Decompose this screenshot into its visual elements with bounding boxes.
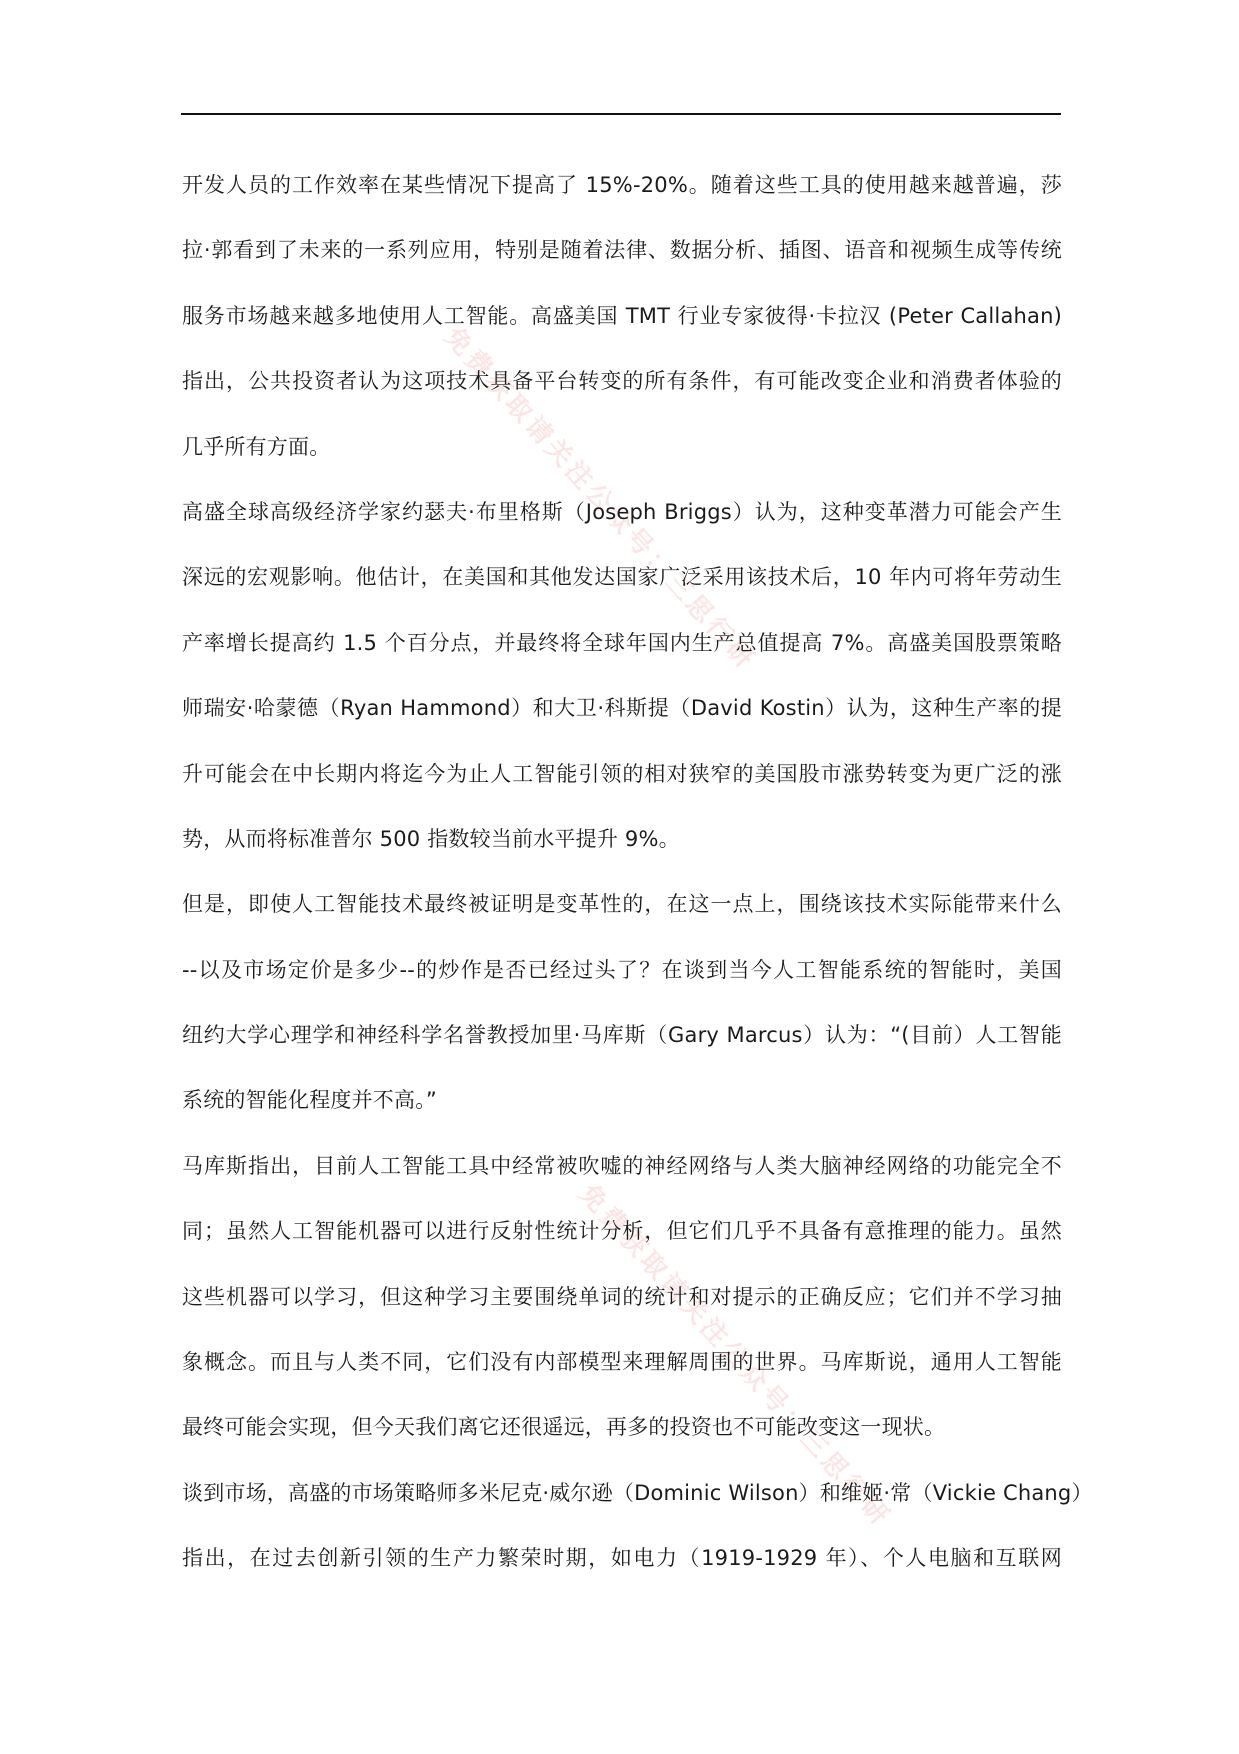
text-line: 同；虽然人工智能机器可以进行反射性统计分析，但它们几乎不具备有意推理的能力。虽然 xyxy=(182,1206,1062,1271)
body-text: 开发人员的工作效率在某些情况下提高了 15%-20%。随着这些工具的使用越来越普… xyxy=(182,160,1062,1599)
text-line: 高盛全球高级经济学家约瑟夫·布里格斯（Joseph Briggs）认为，这种变革… xyxy=(182,487,1062,552)
text-line: 深远的宏观影响。他估计，在美国和其他发达国家广泛采用该技术后，10 年内可将年劳… xyxy=(182,552,1062,617)
paragraph: 开发人员的工作效率在某些情况下提高了 15%-20%。随着这些工具的使用越来越普… xyxy=(182,160,1062,487)
text-line: 师瑞安·哈蒙德（Ryan Hammond）和大卫·科斯提（David Kosti… xyxy=(182,683,1062,748)
paragraph: 谈到市场，高盛的市场策略师多米尼克·威尔逊（Dominic Wilson）和维姬… xyxy=(182,1468,1062,1599)
text-line: 谈到市场，高盛的市场策略师多米尼克·威尔逊（Dominic Wilson）和维姬… xyxy=(182,1468,1062,1533)
paragraph: 高盛全球高级经济学家约瑟夫·布里格斯（Joseph Briggs）认为，这种变革… xyxy=(182,487,1062,879)
text-line: 马库斯指出，目前人工智能工具中经常被吹嘘的神经网络与人类大脑神经网络的功能完全不 xyxy=(182,1141,1062,1206)
text-line: 几乎所有方面。 xyxy=(182,422,1062,487)
document-page: 免费获取请关注公众号：三思行研 免费获取请关注公众号：三思行研 开发人员的工作效… xyxy=(0,0,1239,1754)
text-line: 这些机器可以学习，但这种学习主要围绕单词的统计和对提示的正确反应；它们并不学习抽 xyxy=(182,1272,1062,1337)
text-line: --以及市场定价是多少--的炒作是否已经过头了？在谈到当今人工智能系统的智能时，… xyxy=(182,945,1062,1010)
text-line: 开发人员的工作效率在某些情况下提高了 15%-20%。随着这些工具的使用越来越普… xyxy=(182,160,1062,225)
text-line: 指出，在过去创新引领的生产力繁荣时期，如电力（1919-1929 年）、个人电脑… xyxy=(182,1533,1062,1598)
text-line: 服务市场越来越多地使用人工智能。高盛美国 TMT 行业专家彼得·卡拉汉 (Pet… xyxy=(182,291,1062,356)
text-line: 升可能会在中长期内将迄今为止人工智能引领的相对狭窄的美国股市涨势转变为更广泛的涨 xyxy=(182,749,1062,814)
text-line: 拉·郭看到了未来的一系列应用，特别是随着法律、数据分析、插图、语音和视频生成等传… xyxy=(182,225,1062,290)
text-line: 势，从而将标准普尔 500 指数较当前水平提升 9%。 xyxy=(182,814,1062,879)
text-line: 纽约大学心理学和神经科学名誉教授加里·马库斯（Gary Marcus）认为：“(… xyxy=(182,1010,1062,1075)
paragraph: 但是，即使人工智能技术最终被证明是变革性的，在这一点上，围绕该技术实际能带来什么… xyxy=(182,879,1062,1141)
text-line: 最终可能会实现，但今天我们离它还很遥远，再多的投资也不可能改变这一现状。 xyxy=(182,1402,1062,1467)
header-rule xyxy=(181,113,1061,115)
text-line: 产率增长提高约 1.5 个百分点，并最终将全球年国内生产总值提高 7%。高盛美国… xyxy=(182,618,1062,683)
text-line: 象概念。而且与人类不同，它们没有内部模型来理解周围的世界。马库斯说，通用人工智能 xyxy=(182,1337,1062,1402)
text-line: 指出，公共投资者认为这项技术具备平台转变的所有条件，有可能改变企业和消费者体验的 xyxy=(182,356,1062,421)
paragraph: 马库斯指出，目前人工智能工具中经常被吹嘘的神经网络与人类大脑神经网络的功能完全不… xyxy=(182,1141,1062,1468)
text-line: 但是，即使人工智能技术最终被证明是变革性的，在这一点上，围绕该技术实际能带来什么 xyxy=(182,879,1062,944)
text-line: 系统的智能化程度并不高。” xyxy=(182,1075,1062,1140)
